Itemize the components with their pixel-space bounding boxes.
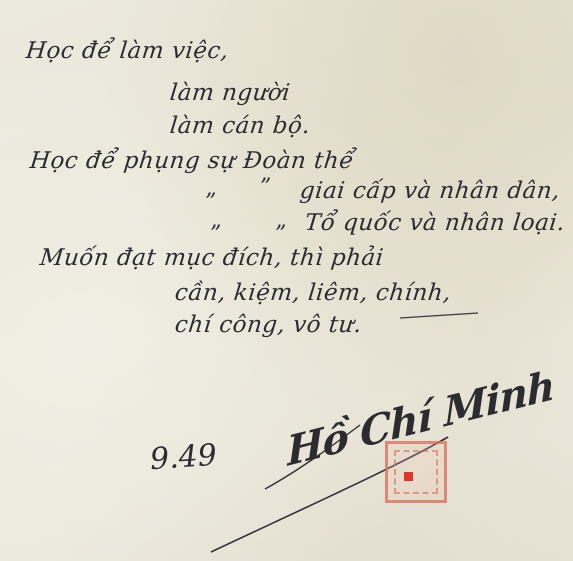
underline-strokes: [0, 0, 573, 561]
red-seal-stamp: [385, 441, 447, 503]
date: 9.49: [149, 438, 218, 478]
seal-inner-border: [394, 450, 438, 494]
letter-paper: Học để làm việc, làm người làm cán bộ. H…: [0, 0, 573, 561]
seal-red-mark: [404, 472, 413, 481]
